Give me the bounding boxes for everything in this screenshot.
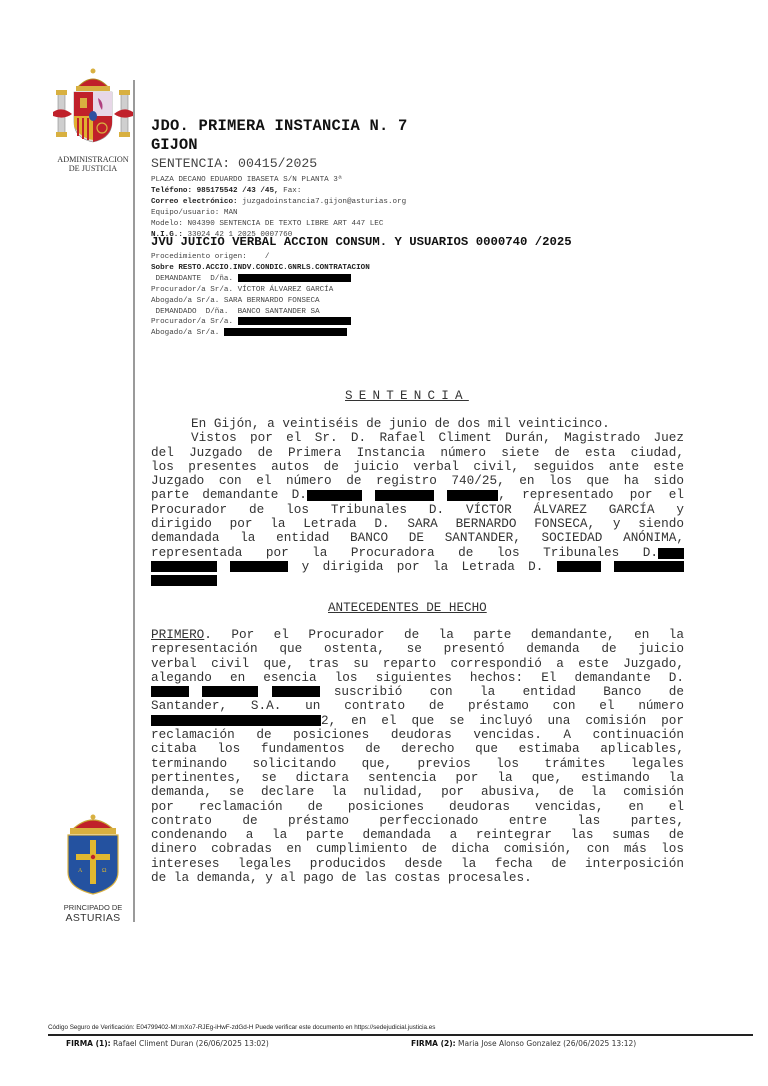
text-fragment: 2, en el que se incluyó una comisión por: [321, 713, 684, 728]
phone-label: Teléfono:: [151, 187, 192, 195]
redacted-text: [151, 575, 217, 586]
text-line: demanda, se declare la nulidad, por abus…: [151, 785, 684, 799]
party-label: Abogado/a Sr/a.: [151, 297, 219, 305]
party-label: DEMANDANTE D/ña.: [151, 275, 233, 283]
text-line: condenando a la parte demandada a reinte…: [151, 828, 684, 842]
party-label: DEMANDADO D/ña.: [151, 308, 228, 316]
signature-1: FIRMA (1): Rafael Climent Duran (26/06/2…: [66, 1039, 269, 1048]
logo-caption-line2: DE JUSTICIA: [50, 164, 136, 173]
text-line: representación que ostenta, se presentó …: [151, 642, 684, 656]
margin-rule: [133, 80, 135, 922]
party-demandado: DEMANDADO D/ña. BANCO SANTANDER SA: [151, 307, 370, 318]
text-line: Santander, S.A. un contrato de préstamo …: [151, 699, 684, 713]
text-line: pertinentes, se dictara sentencia por la…: [151, 771, 684, 785]
text-fragment: parte demandante D.: [151, 487, 307, 502]
text-line: intereses legales producidos desde la fe…: [151, 857, 684, 871]
text-line: Juzgado con el número de registro 740/25…: [151, 474, 684, 488]
text-line: por reclamación de posiciones deudoras v…: [151, 800, 684, 814]
text-line: del Juzgado de Primera Instancia número …: [151, 446, 684, 460]
sobre-label: Sobre: [151, 264, 174, 272]
sobre-line: Sobre RESTO.ACCIO.INDV.CONDIC.GNRLS.CONT…: [151, 263, 370, 274]
text-line: representada por la Procuradora de los T…: [151, 546, 684, 560]
text-line: Vistos por el Sr. D. Rafael Climent Durá…: [151, 431, 684, 445]
signature-label: FIRMA (1):: [66, 1039, 111, 1048]
party-abogado-demandante: Abogado/a Sr/a. SARA BERNARDO FONSECA: [151, 296, 370, 307]
section-title-antecedentes: ANTECEDENTES DE HECHO: [328, 601, 487, 615]
text-fragment: y dirigida por la Letrada D.: [302, 559, 544, 574]
signature-value: Rafael Climent Duran (26/06/2025 13:02): [113, 1039, 269, 1048]
party-value: VÍCTOR ÁLVAREZ GARCÍA: [238, 286, 334, 294]
text-line: alegando en esencia los siguientes hecho…: [151, 671, 684, 685]
administracion-justicia-logo: ADMINISTRACION DE JUSTICIA: [50, 66, 136, 173]
text-line: terminando solicitando que, previos los …: [151, 757, 684, 771]
text-fragment: representada por la Procuradora de los T…: [151, 545, 658, 560]
svg-text:Ω: Ω: [102, 868, 107, 874]
logo-caption: PRINCIPADO DE ASTURIAS: [58, 903, 128, 924]
footer-divider: [48, 1034, 753, 1036]
party-label: Procurador/a Sr/a.: [151, 286, 233, 294]
text-fragment: , representado por el: [498, 487, 684, 502]
text-line: verbal civil que, tras su reparto corres…: [151, 657, 684, 671]
redacted-text: [375, 490, 434, 501]
party-procurador-demandado: Procurador/a Sr/a.: [151, 317, 370, 328]
party-label: Abogado/a Sr/a.: [151, 329, 219, 337]
text-line: y dirigida por la Letrada D.: [151, 560, 684, 574]
redacted-text: [614, 561, 684, 572]
redacted-text: [151, 686, 189, 697]
primero-paragraph: PRIMERO. Por el Procurador de la parte d…: [151, 628, 684, 885]
text-fragment: suscribió con la entidad Banco de: [320, 684, 684, 699]
section-title-sentencia: SENTENCIA: [345, 389, 469, 403]
logo-caption-line1: PRINCIPADO DE: [58, 903, 128, 912]
spain-coat-of-arms-icon: [50, 66, 136, 146]
party-demandante: DEMANDANTE D/ña.: [151, 274, 370, 285]
party-value: BANCO SANTANDER SA: [238, 308, 320, 316]
text-line: [151, 574, 684, 588]
email-value: juzgadoinstancia7.gijon@asturias.org: [242, 198, 406, 206]
text-line: suscribió con la entidad Banco de: [151, 685, 684, 699]
signature-label: FIRMA (2):: [411, 1039, 456, 1048]
redacted-text: [272, 686, 320, 697]
text-line: 2, en el que se incluyó una comisión por: [151, 714, 684, 728]
redacted-text: [224, 328, 347, 336]
text-line: parte demandante D. , representado por e…: [151, 488, 684, 502]
logo-caption-line2: ASTURIAS: [58, 912, 128, 924]
redacted-text: [230, 561, 288, 572]
text-line: dinero cobradas en cumplimiento de dicha…: [151, 842, 684, 856]
modelo: Modelo: N04390 SENTENCIA DE TEXTO LIBRE …: [151, 219, 406, 230]
text-line: dirigido por la Letrada D. SARA BERNARDO…: [151, 517, 684, 531]
svg-text:A: A: [78, 868, 83, 874]
text-fragment: . Por el Procurador de la parte demandan…: [204, 627, 684, 642]
redacted-text: [447, 490, 498, 501]
redacted-text: [238, 274, 351, 282]
party-procurador-demandante: Procurador/a Sr/a. VÍCTOR ÁLVAREZ GARCÍA: [151, 285, 370, 296]
party-abogado-demandado: Abogado/a Sr/a.: [151, 328, 370, 339]
fax-label: Fax:: [283, 187, 301, 195]
court-phone: Teléfono: 985175542 /43 /45, Fax:: [151, 186, 406, 197]
text-line: Procurador de los Tribunales D. VÍCTOR Á…: [151, 503, 684, 517]
text-line: contrato de préstamo perfeccionado entre…: [151, 814, 684, 828]
redacted-text: [151, 715, 321, 726]
equipo-usuario: Equipo/usuario: MAN: [151, 208, 406, 219]
sentencia-number: SENTENCIA: 00415/2025: [151, 156, 317, 171]
text-line: reclamación de posiciones deudoras venci…: [151, 728, 684, 742]
logo-caption-line1: ADMINISTRACION: [50, 155, 136, 164]
court-city: GIJON: [151, 136, 198, 154]
primero-label: PRIMERO: [151, 627, 204, 642]
email-label: Correo electrónico:: [151, 198, 238, 206]
asturias-coat-of-arms-icon: A Ω: [58, 814, 128, 896]
procedure-title: JVU JUICIO VERBAL ACCION CONSUM. Y USUAR…: [151, 235, 572, 249]
redacted-text: [557, 561, 601, 572]
redacted-text: [238, 317, 351, 325]
court-email: Correo electrónico: juzgadoinstancia7.gi…: [151, 197, 406, 208]
party-value: SARA BERNARDO FONSECA: [224, 297, 320, 305]
court-name: JDO. PRIMERA INSTANCIA N. 7: [151, 117, 408, 135]
intro-paragraph: En Gijón, a veintiséis de junio de dos m…: [151, 417, 684, 589]
redacted-text: [658, 548, 684, 559]
parties-block: Procedimiento origen: / Sobre RESTO.ACCI…: [151, 252, 370, 339]
redacted-text: [307, 490, 362, 501]
party-label: Procurador/a Sr/a.: [151, 318, 233, 326]
sobre-value: RESTO.ACCIO.INDV.CONDIC.GNRLS.CONTRATACI…: [178, 264, 369, 272]
text-line: En Gijón, a veintiséis de junio de dos m…: [151, 417, 684, 431]
text-line: PRIMERO. Por el Procurador de la parte d…: [151, 628, 684, 642]
verification-code: Código Seguro de Verificación: E04799402…: [48, 1024, 435, 1031]
signature-2: FIRMA (2): Maria Jose Alonso Gonzalez (2…: [411, 1039, 636, 1048]
procedimiento-origen: Procedimiento origen: /: [151, 252, 370, 263]
phone-value: 985175542 /43 /45,: [197, 187, 279, 195]
text-line: citaba los fundamentos de derecho que es…: [151, 742, 684, 756]
principado-asturias-logo: A Ω PRINCIPADO DE ASTURIAS: [58, 814, 128, 924]
court-address: PLAZA DECANO EDUARDO IBASETA S/N PLANTA …: [151, 175, 406, 186]
logo-caption: ADMINISTRACION DE JUSTICIA: [50, 155, 136, 173]
signature-value: Maria Jose Alonso Gonzalez (26/06/2025 1…: [458, 1039, 636, 1048]
text-line: los presentes autos de juicio verbal civ…: [151, 460, 684, 474]
text-line: de la demanda, y al pago de las costas p…: [151, 871, 684, 885]
redacted-text: [202, 686, 258, 697]
text-line: demandada la entidad BANCO DE SANTANDER,…: [151, 531, 684, 545]
redacted-text: [151, 561, 217, 572]
court-contact-block: PLAZA DECANO EDUARDO IBASETA S/N PLANTA …: [151, 175, 406, 240]
